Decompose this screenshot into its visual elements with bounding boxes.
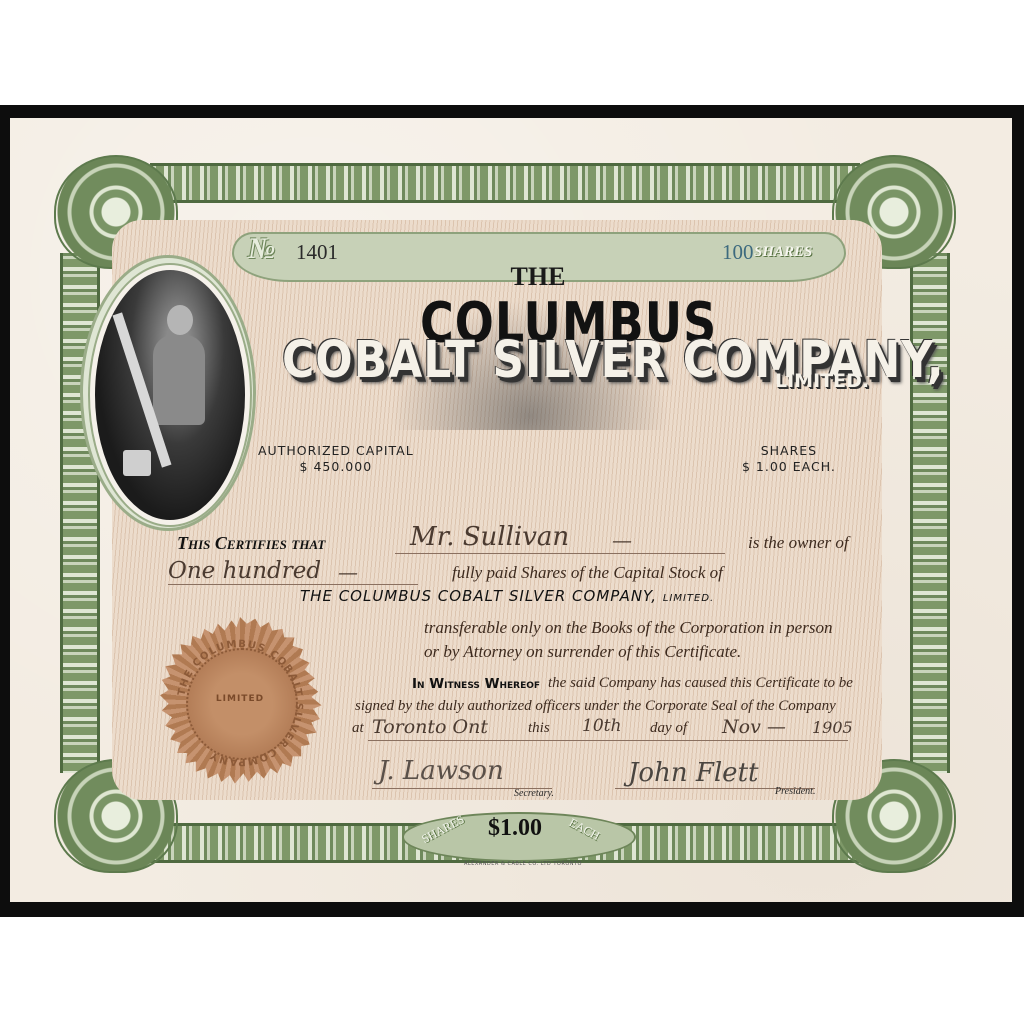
authorized-capital: AUTHORIZED CAPITAL $ 450.000 (258, 443, 414, 475)
shares-dash: — (338, 560, 358, 584)
fully-paid-text: fully paid Shares of the Capital Stock o… (452, 563, 723, 583)
at-label: at (352, 720, 364, 737)
company-name-line: THE COLUMBUS COBALT SILVER COMPANY, LIMI… (300, 587, 714, 605)
owner-text: is the owner of (748, 533, 849, 553)
miner-vignette-image (90, 265, 250, 525)
witness-text-2: signed by the duly authorized officers u… (355, 698, 836, 715)
holder-name: Mr. Sullivan (410, 522, 569, 552)
month: Nov — (722, 716, 786, 738)
date-rule (368, 740, 848, 741)
authorized-capital-value: $ 450.000 (258, 459, 414, 475)
holder-rule (395, 553, 725, 554)
par-value: SHARES $ 1.00 EACH. (742, 443, 836, 475)
shares-written: One hundred (168, 558, 321, 584)
holder-dash: — (612, 528, 632, 552)
printer-imprint: ALEXANDER & CABLE CO. LTD TORONTO (0, 861, 1024, 867)
authorized-capital-label: AUTHORIZED CAPITAL (258, 443, 414, 459)
secretary-label: Secretary. (514, 788, 554, 799)
witness-text-1: the said Company has caused this Certifi… (548, 675, 853, 692)
certifies-label: This Certifies that (177, 533, 325, 554)
bucket-icon (123, 450, 151, 476)
shares-label: SHARES (754, 244, 812, 261)
denomination-value: $1.00 (488, 815, 542, 842)
title-limited: LIMITED. (775, 370, 869, 392)
title-the: THE (0, 262, 1024, 292)
certificate-number-label: № (248, 232, 275, 266)
witness-label: In Witness Whereof (412, 676, 540, 692)
year: 1905 (812, 718, 853, 737)
transfer-line-2: or by Attorney on surrender of this Cert… (424, 642, 741, 662)
president-label: President. (775, 786, 815, 797)
par-value-amount: $ 1.00 EACH. (742, 459, 836, 475)
place: Toronto Ont (372, 716, 488, 738)
par-value-label: SHARES (742, 443, 836, 459)
transfer-line-1: transferable only on the Books of the Co… (424, 618, 832, 638)
secretary-signature: J. Lawson (378, 756, 504, 786)
day-of-label: day of (650, 720, 687, 737)
seal-center-text: LIMITED (200, 694, 280, 704)
company-limited-suffix: LIMITED. (663, 593, 714, 604)
day: 10th (582, 716, 621, 736)
president-signature: John Flett (628, 758, 758, 788)
miner-body (153, 335, 205, 425)
shares-rule (168, 584, 418, 585)
border-top-band (150, 163, 860, 203)
this-label: this (528, 720, 550, 737)
company-name-text: THE COLUMBUS COBALT SILVER COMPANY, (300, 587, 657, 605)
miner-head (167, 305, 193, 335)
